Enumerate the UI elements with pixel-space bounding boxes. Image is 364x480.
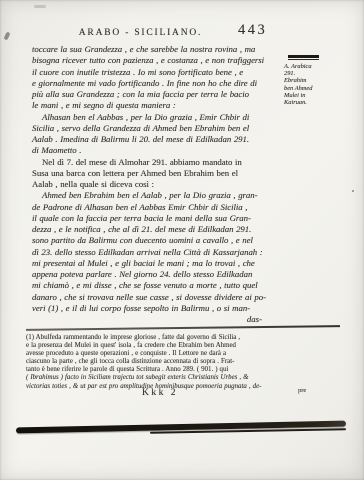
margin-note-line: Kairuan. [284, 99, 356, 106]
running-title: ARABO - SICILIANO. [33, 28, 248, 38]
main-text-block: toccare la sua Grandezza , e che sarebbe… [32, 44, 284, 314]
margin-note-line: Mulei in [284, 92, 356, 99]
footnote-divider [26, 325, 340, 330]
text-line: Aalab . Imedina di Balirmu li 20. del me… [32, 134, 284, 145]
footnote-catchword: pre [298, 387, 306, 394]
text-line: le mani , e mi segno di questa maniera : [32, 100, 284, 111]
text-line: sono partito da Balirmu con duecento uom… [32, 235, 284, 246]
text-line: veri (1) , e il di lui corpo fosse sepol… [32, 303, 284, 314]
margin-note-line: Ebrahim [284, 77, 356, 84]
footnote-line: (1) Abulfeda rammentando le imprese glor… [26, 334, 318, 342]
footnote-block: (1) Abulfeda rammentando le imprese glor… [26, 334, 318, 391]
text-line: dezza , e le notifica , che al dì 21. de… [32, 224, 284, 235]
scanned-book-page: ARABO - SICILIANO. 443 toccare la sua Gr… [0, 0, 364, 480]
footnote-line: ( Ibrahimus ) facto in Siciliam trajectu… [26, 374, 318, 382]
text-line: Sicilia , servo della Grandezza di Ahmed… [32, 123, 284, 134]
text-line: mi chiamò , e mi disse , che se fosse ve… [32, 280, 284, 291]
margin-note: A. Arabica 291. Ebrahim ben Ahmed Mulei … [284, 63, 356, 106]
text-line: il quale con la faccia per terra bacia l… [32, 213, 284, 224]
scan-speck [3, 32, 10, 41]
text-line: Aalab , nella quale si diceva così : [32, 179, 284, 190]
text-line: mi presentai al Mulei , e gli baciai le … [32, 258, 284, 269]
margin-note-line: A. Arabica [284, 63, 356, 70]
margin-note-line: 291. [284, 70, 356, 77]
page-number: 443 [238, 22, 267, 39]
text-line: Alhasan ben el Aabbas , per la Dio grazi… [32, 112, 284, 123]
footnote-line: avesse proceduto a queste operazioni , e… [26, 350, 318, 358]
scan-speck [34, 5, 46, 8]
catchword: das- [32, 314, 262, 324]
scan-speck [352, 190, 354, 192]
margin-note-line: ben Ahmed [284, 85, 356, 92]
text-line: Ahmed ben Ebrahim ben el Aalab , per la … [32, 190, 284, 201]
gathering-signature: Kkk 2 [110, 388, 210, 398]
text-line: Nel dì 7. del mese di Almohar 291. abbia… [32, 157, 284, 168]
text-line: toccare la sua Grandezza , e che sarebbe… [32, 44, 284, 55]
text-line: danaro , che si trovava nelle sue casse … [32, 292, 284, 303]
footnote-line: e la presenza del Mulei in quest' isola … [26, 342, 318, 350]
text-line: Susa una barca con lettera per Ahmed ben… [32, 168, 284, 179]
text-line: bisogna ricever tutto con pazienza , e c… [32, 55, 284, 66]
text-line: di Maometto . [32, 145, 284, 156]
margin-rule [288, 59, 319, 60]
text-line: de Padrone di Alhasan ben el Aabbas Emir… [32, 202, 284, 213]
text-line: il cuore con inutile tristezza . Io mi s… [32, 67, 284, 78]
text-line: più alla sua Grandezza ; con la mia facc… [32, 89, 284, 100]
text-line: appena poteva parlare . Nel giorno 24. d… [32, 269, 284, 280]
text-line: e giornalmente mi vado fortificando . In… [32, 78, 284, 89]
margin-rule [288, 55, 319, 58]
text-line: dì 23. dello stesso Edilkadan arrivai ne… [32, 247, 284, 258]
